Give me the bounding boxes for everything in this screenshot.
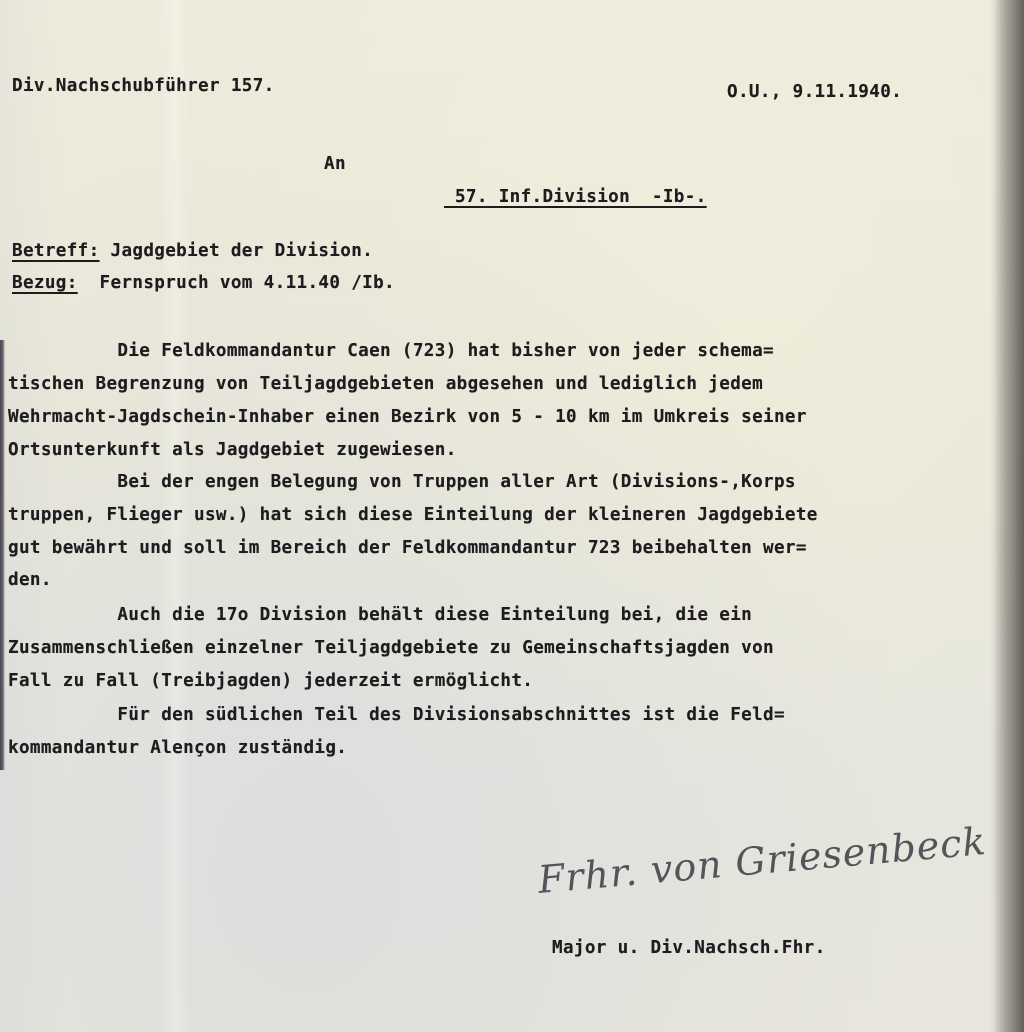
- body-line: gut bewährt und soll im Bereich der Feld…: [8, 538, 807, 558]
- body-line: Fall zu Fall (Treibjagden) jederzeit erm…: [8, 671, 533, 691]
- body-line: Bei der engen Belegung von Truppen aller…: [8, 472, 796, 492]
- body-line: kommandantur Alençon zuständig.: [8, 738, 347, 758]
- body-line: Wehrmacht-Jagdschein-Inhaber einen Bezir…: [8, 407, 807, 427]
- page-right-shadow: [994, 0, 1024, 1032]
- subject-line: Betreff: Jagdgebiet der Division.: [12, 241, 373, 261]
- sender-line: Div.Nachschubführer 157.: [12, 76, 275, 96]
- page-left-edge: [0, 340, 5, 770]
- body-line: truppen, Flieger usw.) hat sich diese Ei…: [8, 505, 818, 525]
- salutation-an: An: [324, 154, 346, 174]
- recipient: 57. Inf.Division -Ib-.: [444, 187, 707, 207]
- reference-label: Bezug:: [12, 273, 78, 293]
- body-line: Für den südlichen Teil des Divisionsabsc…: [8, 705, 785, 725]
- reference-text: Fernspruch vom 4.11.40 /Ib.: [100, 273, 395, 293]
- subject-label: Betreff:: [12, 241, 100, 261]
- body-line: Ortsunterkunft als Jagdgebiet zugewiesen…: [8, 440, 457, 460]
- body-line: den.: [8, 570, 52, 590]
- reference-line: Bezug: Fernspruch vom 4.11.40 /Ib.: [12, 273, 395, 293]
- subject-text: Jagdgebiet der Division.: [111, 241, 374, 261]
- body-line: tischen Begrenzung von Teiljagdgebieten …: [8, 374, 763, 394]
- body-line: Auch die 17o Division behält diese Einte…: [8, 605, 752, 625]
- body-line: Zusammenschließen einzelner Teiljagdgebi…: [8, 638, 774, 658]
- place-date: O.U., 9.11.1940.: [727, 82, 902, 102]
- recipient-text: 57. Inf.Division -Ib-.: [455, 187, 707, 207]
- signature-title: Major u. Div.Nachsch.Fhr.: [552, 938, 826, 958]
- body-line: Die Feldkommandantur Caen (723) hat bish…: [8, 341, 774, 361]
